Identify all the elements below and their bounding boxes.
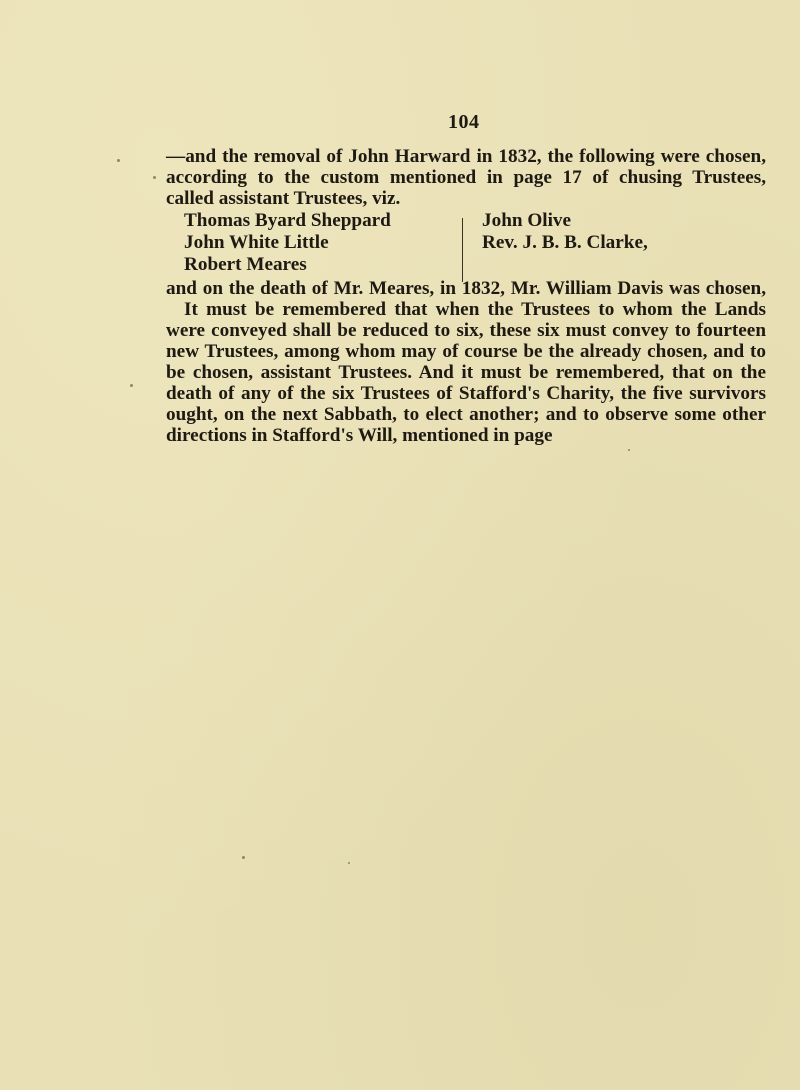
paper-speck	[628, 449, 630, 451]
opening-line-2: according to the custom mentioned in pag…	[166, 167, 766, 189]
trustees-left-column: Thomas Byard Sheppard John White Little …	[184, 210, 391, 276]
paragraph-line-7: directions in Stafford's Will, mentioned…	[166, 425, 552, 447]
opening-line-1: —and the removal of John Harward in 1832…	[166, 146, 766, 168]
opening-line-3: called assistant Trustees, viz.	[166, 188, 400, 210]
paper-speck	[130, 384, 133, 387]
paper-speck	[153, 176, 156, 179]
paragraph-line-4: be chosen, assistant Trustees. And it mu…	[166, 362, 766, 384]
paragraph-line-3: new Trustees, among whom may of course b…	[166, 341, 766, 363]
trustee-name: Robert Meares	[184, 254, 391, 276]
trustee-name: John Olive	[482, 210, 648, 232]
trustee-name: John White Little	[184, 232, 391, 254]
paragraph-line-6: ought, on the next Sabbath, to elect ano…	[166, 404, 766, 426]
paper-speck	[117, 159, 120, 162]
document-page: 104 —and the removal of John Harward in …	[0, 0, 800, 1090]
paper-speck	[348, 862, 350, 864]
trustee-name: Rev. J. B. B. Clarke,	[482, 232, 648, 254]
paper-speck	[242, 856, 245, 859]
trustee-name: Thomas Byard Sheppard	[184, 210, 391, 232]
paragraph-line-5: death of any of the six Trustees of Staf…	[166, 383, 766, 405]
paragraph-line-1: It must be remembered that when the Trus…	[184, 299, 766, 321]
after-list-line: and on the death of Mr. Meares, in 1832,…	[166, 278, 766, 300]
trustees-right-column: John Olive Rev. J. B. B. Clarke,	[482, 210, 648, 254]
page-number: 104	[448, 111, 480, 134]
column-divider-rule	[462, 218, 463, 282]
paragraph-line-2: were conveyed shall be reduced to six, t…	[166, 320, 766, 342]
